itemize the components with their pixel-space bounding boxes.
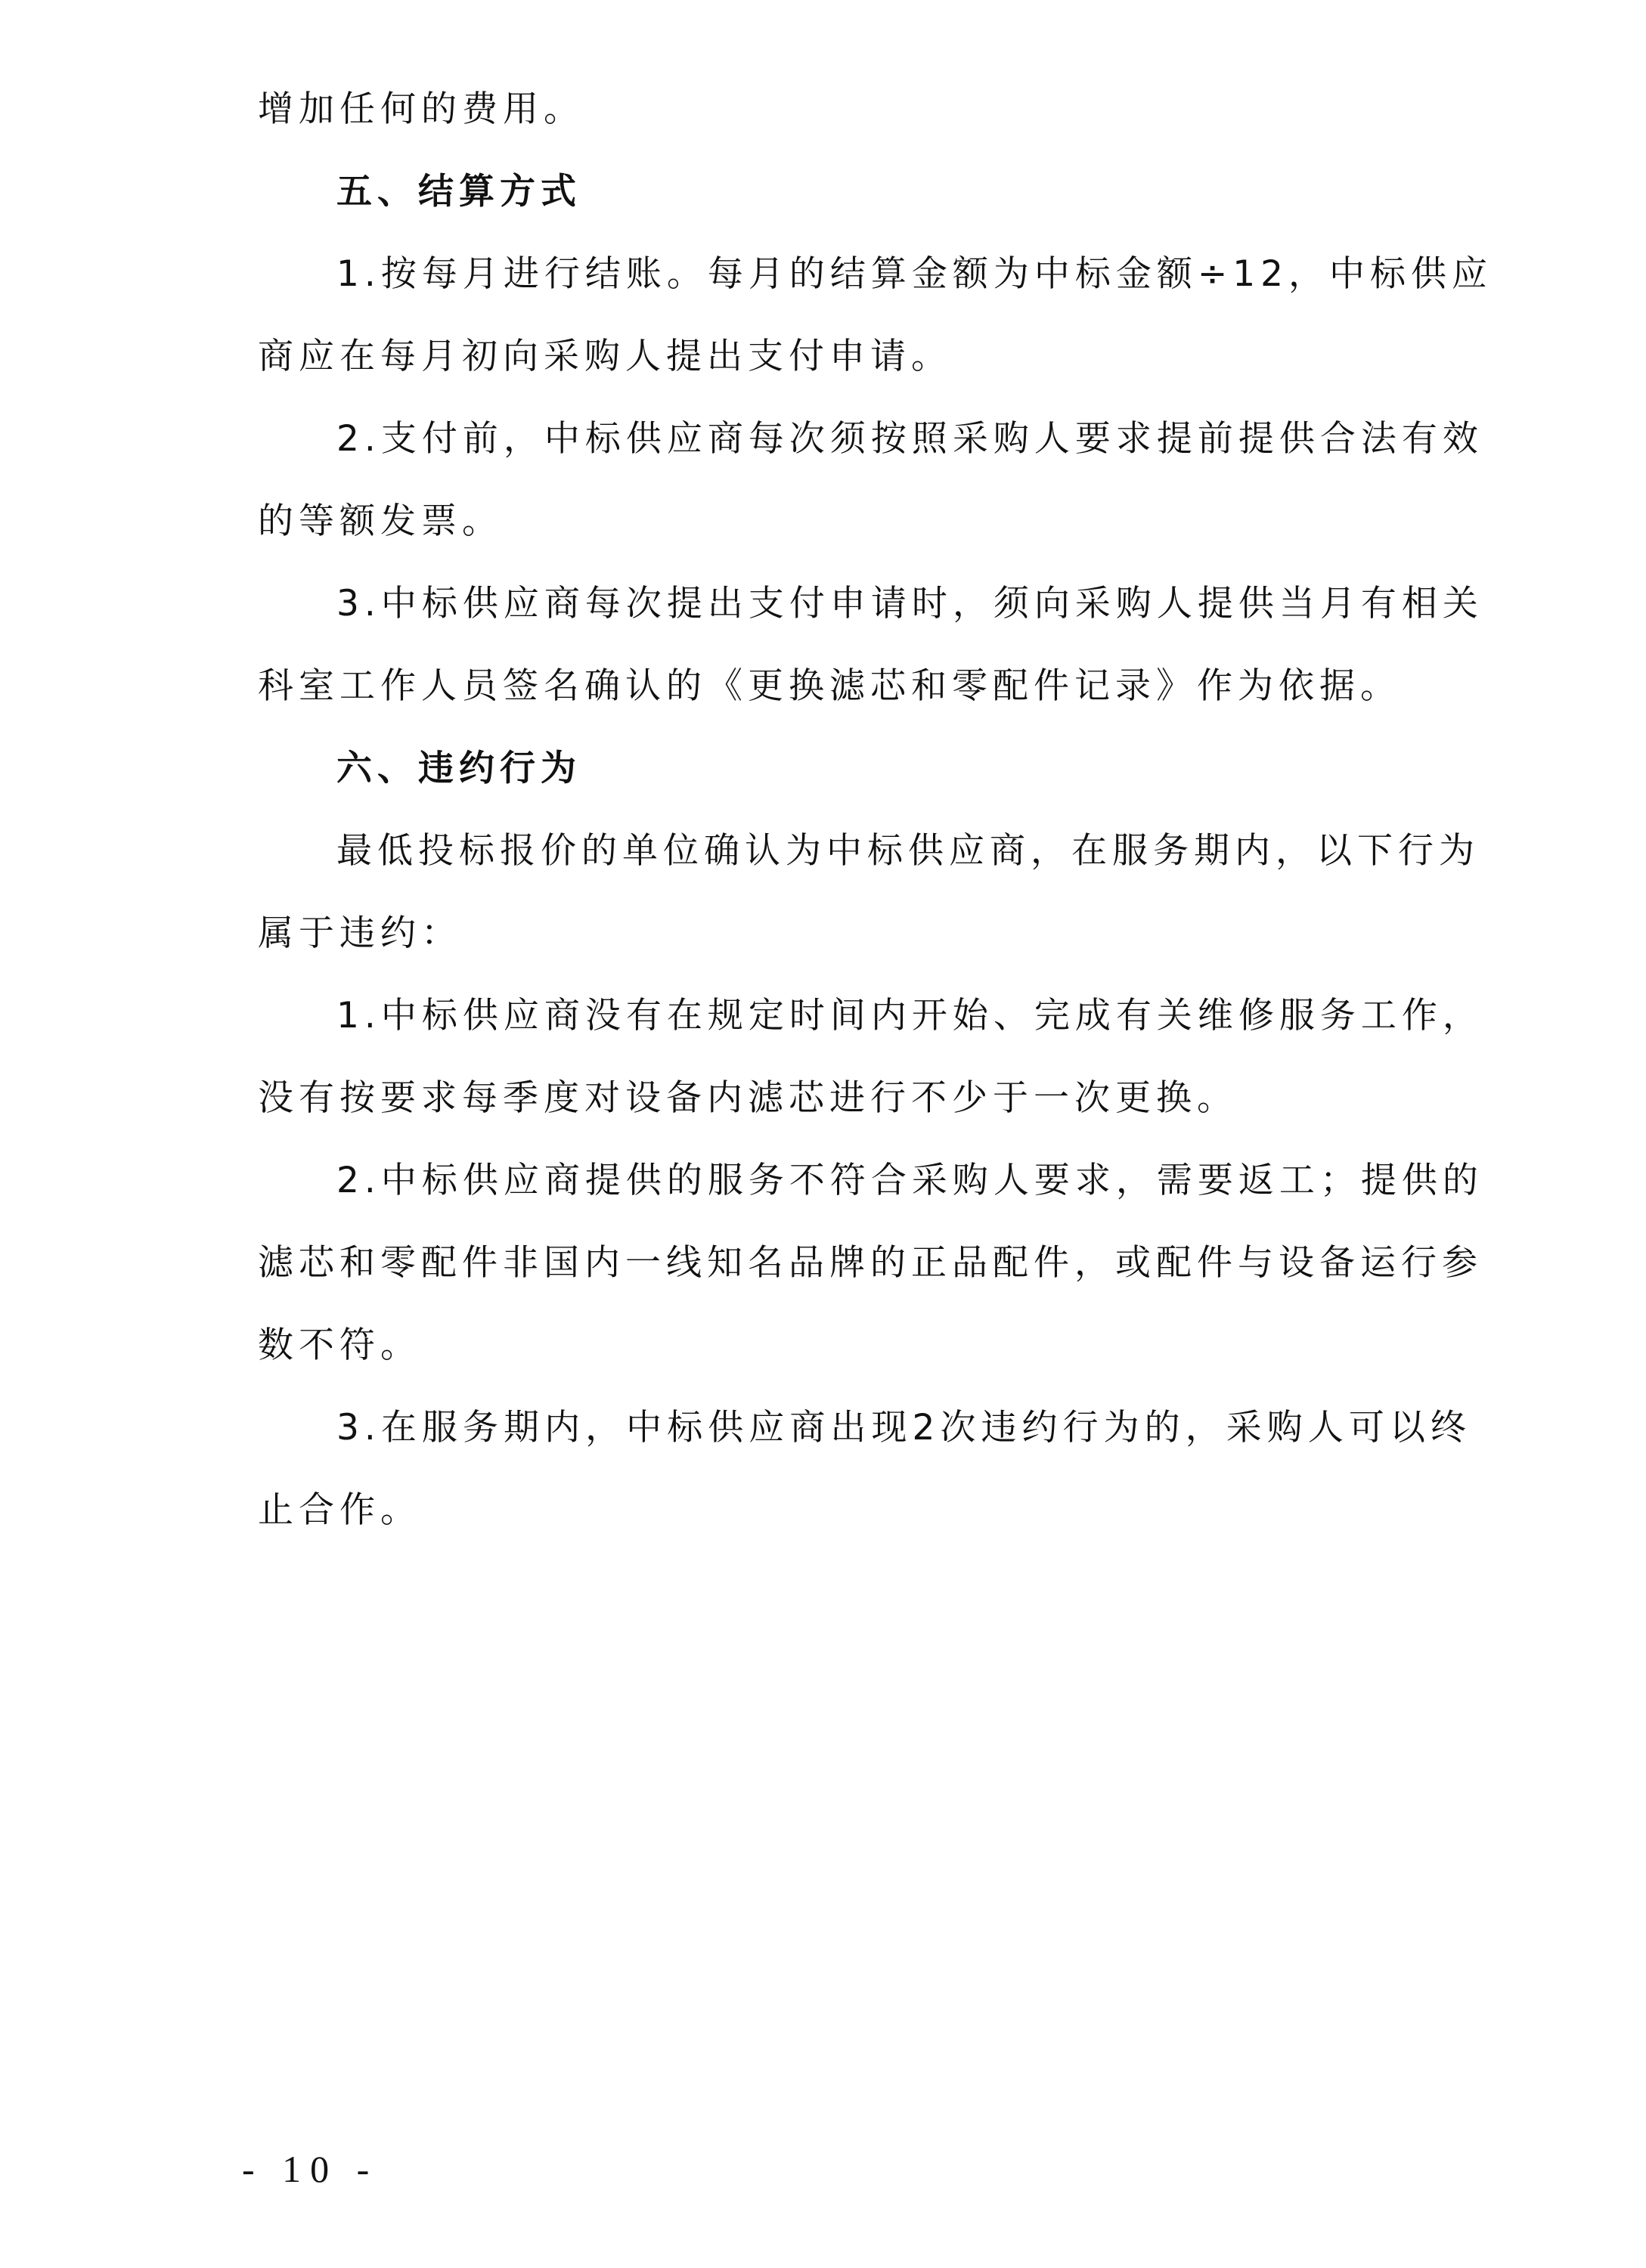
- paragraph-line-breach-3: 3.在服务期内，中标供应商出现2次违约行为的，采购人可以终: [258, 1402, 1471, 1484]
- paragraph-line-settlement-1-cont: 商应在每月初向采购人提出支付申请。: [258, 330, 1471, 413]
- page-number: - 10 -: [242, 2147, 378, 2191]
- paragraph-line-breach-1: 1.中标供应商没有在规定时间内开始、完成有关维修服务工作，: [258, 990, 1471, 1072]
- section-heading-settlement: 五、结算方式: [258, 166, 1471, 248]
- paragraph-line-breach-2-end: 数不符。: [258, 1319, 1471, 1402]
- paragraph-line-breach-2-cont: 滤芯和零配件非国内一线知名品牌的正品配件，或配件与设备运行参: [258, 1237, 1471, 1319]
- paragraph-line-continuation: 增加任何的费用。: [258, 83, 1471, 166]
- paragraph-line-breach-1-cont: 没有按要求每季度对设备内滤芯进行不少于一次更换。: [258, 1072, 1471, 1154]
- paragraph-line-breach-3-cont: 止合作。: [258, 1484, 1471, 1566]
- paragraph-line-breach-intro-cont: 属于违约：: [258, 907, 1471, 990]
- paragraph-line-settlement-2-cont: 的等额发票。: [258, 495, 1471, 578]
- paragraph-line-settlement-3-cont: 科室工作人员签名确认的《更换滤芯和零配件记录》作为依据。: [258, 660, 1471, 742]
- section-heading-breach: 六、违约行为: [258, 742, 1471, 825]
- document-body: 增加任何的费用。 五、结算方式 1.按每月进行结账。每月的结算金额为中标金额÷1…: [258, 83, 1471, 1566]
- paragraph-line-settlement-1: 1.按每月进行结账。每月的结算金额为中标金额÷12，中标供应: [258, 248, 1471, 330]
- paragraph-line-breach-2: 2.中标供应商提供的服务不符合采购人要求，需要返工；提供的: [258, 1154, 1471, 1237]
- paragraph-line-breach-intro: 最低投标报价的单位确认为中标供应商，在服务期内，以下行为: [258, 825, 1471, 907]
- paragraph-line-settlement-3: 3.中标供应商每次提出支付申请时，须向采购人提供当月有相关: [258, 578, 1471, 660]
- paragraph-line-settlement-2: 2.支付前，中标供应商每次须按照采购人要求提前提供合法有效: [258, 413, 1471, 495]
- document-page: 增加任何的费用。 五、结算方式 1.按每月进行结账。每月的结算金额为中标金额÷1…: [0, 0, 1646, 2268]
